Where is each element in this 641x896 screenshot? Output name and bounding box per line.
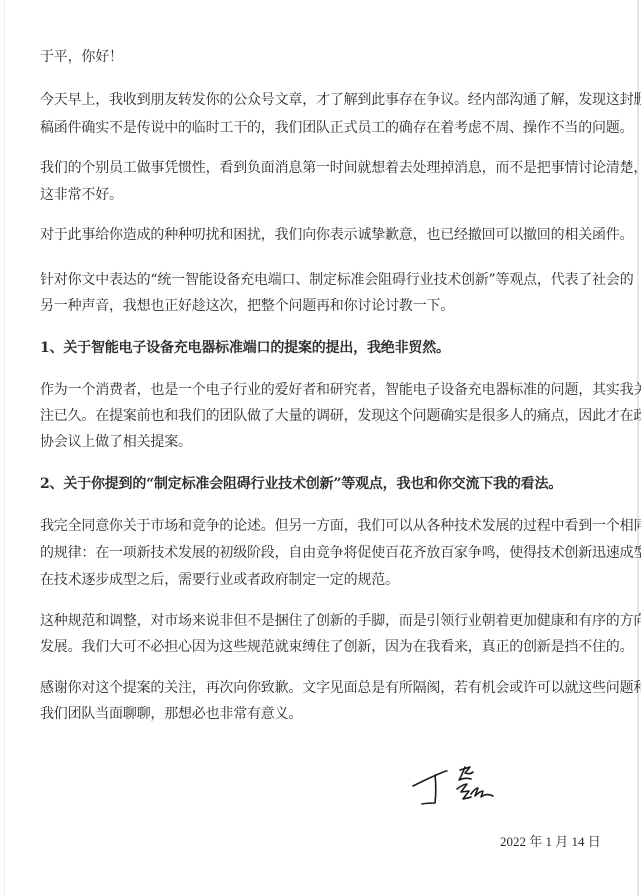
paragraph-line: 我们的个别员工做事凭惯性，看到负面消息第一时间就想着去处理掉消息，而不是把事情讨…	[40, 158, 601, 178]
paragraph-line: 注已久。在提案前也和我们的团队做了大量的调研，发现这个问题确实是很多人的痛点，因…	[40, 406, 601, 426]
paragraph-line: 作为一个消费者，也是一个电子行业的爱好者和研究者，智能电子设备充电器标准的问题，…	[40, 380, 601, 400]
page-edge-left	[4, 0, 5, 896]
paragraph-line: 我完全同意你关于市场和竞争的论述。但另一方面，我们可以从各种技术发展的过程中看到…	[40, 516, 601, 536]
paragraph-line: 这非常不好。	[40, 185, 601, 205]
paragraph-line: 的规律：在一项新技术发展的初级阶段，自由竞争将促使百花齐放百家争鸣，使得技术创新…	[40, 543, 601, 563]
paragraph-line: 我们团队当面聊聊，那想必也非常有意义。	[40, 704, 601, 724]
paragraph-line: 感谢你对这个提案的关注，再次向你致歉。文字见面总是有所隔阂，若有机会或许可以就这…	[40, 678, 601, 698]
section-heading-2: 2、关于你提到的“制定标准会阻碍行业技术创新”等观点，我也和你交流下我的看法。	[40, 474, 601, 494]
paragraph-line: 针对你文中表达的“统一智能设备充电端口、制定标准会阻碍行业技术创新”等观点，代表…	[40, 270, 601, 290]
paragraph-line: 在技术逐步成型之后，需要行业或者政府制定一定的规范。	[40, 570, 601, 590]
paragraph-line: 另一种声音，我想也正好趁这次，把整个问题再和你讨论讨教一下。	[40, 296, 601, 316]
letter-date: 2022 年 1 月 14 日	[500, 832, 601, 852]
greeting: 于平，你好！	[40, 47, 601, 67]
handwritten-signature	[405, 762, 497, 814]
paragraph-line: 协会议上做了相关提案。	[40, 432, 601, 452]
paragraph-line: 发展。我们大可不必担心因为这些规范就束缚住了创新，因为在我看来，真正的创新是挡不…	[40, 637, 601, 657]
section-heading-1: 1、关于智能电子设备充电器标准端口的提案的提出，我绝非贸然。	[40, 338, 601, 358]
paragraph-line: 稿函件确实不是传说中的临时工干的，我们团队正式员工的确存在着考虑不周、操作不当的…	[40, 118, 601, 138]
paragraph-line: 对于此事给你造成的种种叨扰和困扰，我们向你表示诚挚歉意，也已经撤回可以撤回的相关…	[40, 225, 601, 245]
paragraph-line: 这种规范和调整，对市场来说非但不是捆住了创新的手脚，而是引领行业朝着更加健康和有…	[40, 611, 601, 631]
paragraph-line: 今天早上，我收到朋友转发你的公众号文章，才了解到此事存在争议。经内部沟通了解，发…	[40, 90, 601, 110]
page-edge-right	[637, 0, 639, 896]
